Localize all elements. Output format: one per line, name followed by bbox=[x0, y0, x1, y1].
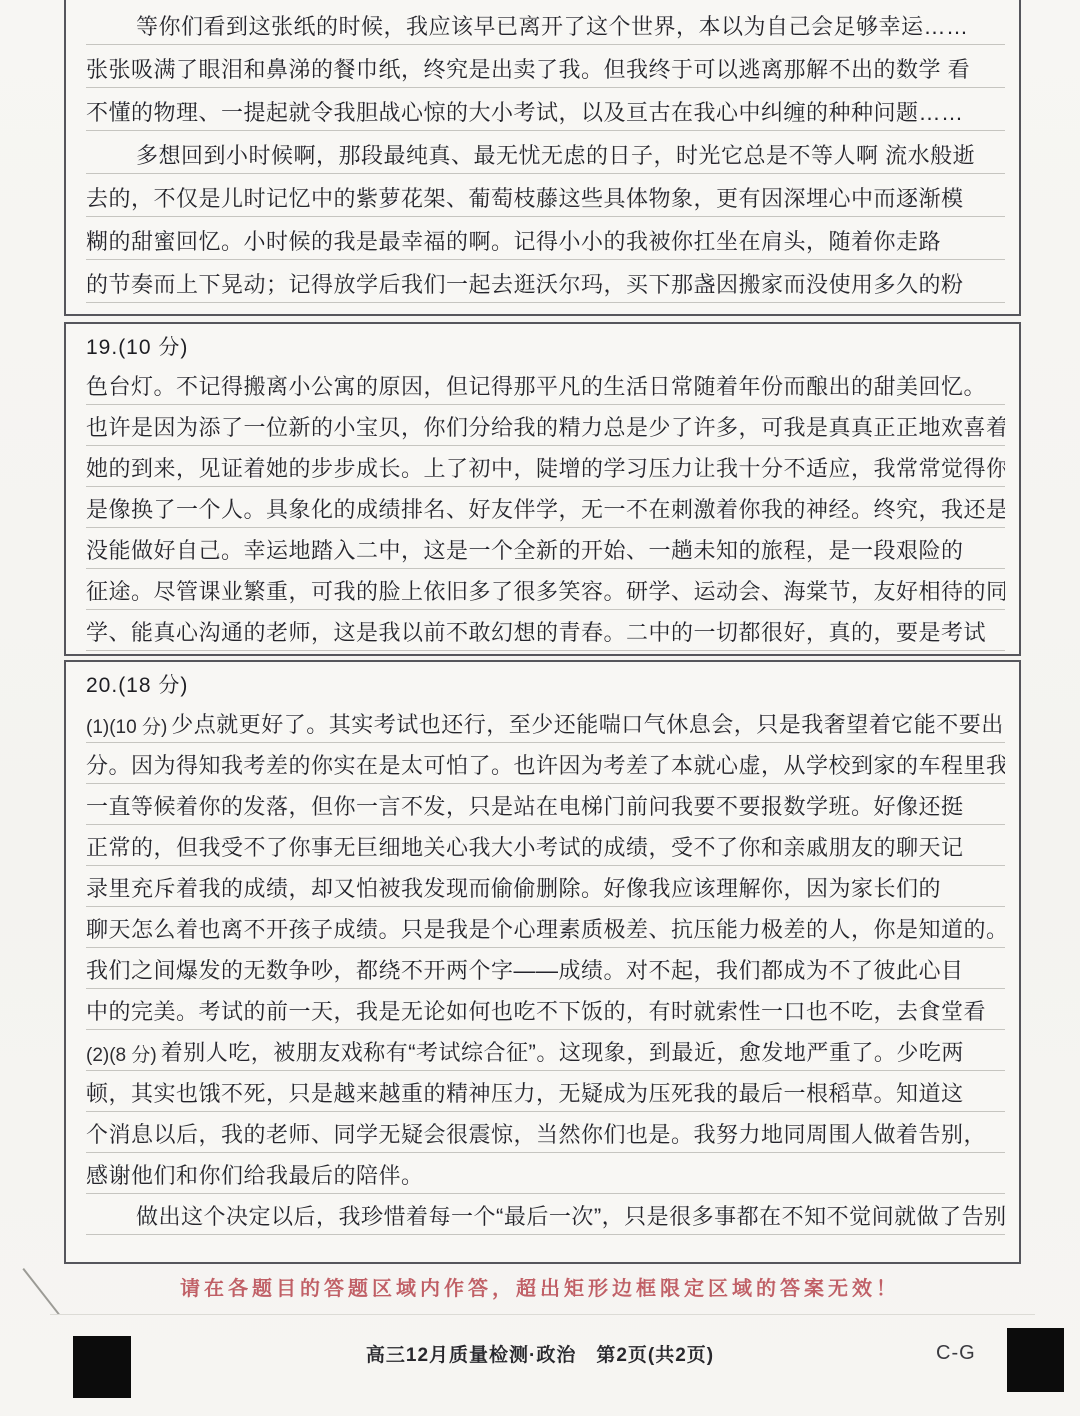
handwritten-line: 的节奏而上下晃动；记得放学后我们一起去逛沃尔玛，买下那盏因搬家而没使用多久的粉 bbox=[86, 260, 1005, 303]
handwriting-text: 是像换了一个人。具象化的成绩排名、好友伴学，无一不在刺激着你我的神经。终究，我还… bbox=[86, 493, 1005, 524]
handwriting-text: 的节奏而上下晃动；记得放学后我们一起去逛沃尔玛，买下那盏因搬家而没使用多久的粉 bbox=[86, 268, 964, 299]
handwriting-text: 学、能真心沟通的老师，这是我以前不敢幻想的青春。二中的一切都很好，真的，要是考试 bbox=[86, 616, 986, 647]
handwritten-line: 糊的甜蜜回忆。小时候的我是最幸福的啊。记得小小的我被你扛坐在肩头，随着你走路 bbox=[86, 217, 1005, 260]
handwriting-text: 少点就更好了。其实考试也还行，至少还能喘口气休息会，只是我奢望着它能不要出 bbox=[171, 708, 1004, 739]
handwritten-line: 中的完美。考试的前一天，我是无论如何也吃不下饭的，有时就索性一口也不吃，去食堂看 bbox=[86, 989, 1005, 1030]
handwritten-line: 录里充斥着我的成绩，却又怕被我发现而偷偷删除。好像我应该理解你，因为家长们的 bbox=[86, 866, 1005, 907]
handwritten-line: 分。因为得知我考差的你实在是太可怕了。也许因为考差了本就心虚，从学校到家的车程里… bbox=[86, 743, 1005, 784]
handwritten-line: 是像换了一个人。具象化的成绩排名、好友伴学，无一不在刺激着你我的神经。终究，我还… bbox=[86, 487, 1005, 528]
handwriting-text: 着别人吃，被朋友戏称有“考试综合征”。这现象，到最近，愈发地严重了。少吃两 bbox=[161, 1036, 964, 1067]
handwritten-line: 等你们看到这张纸的时候，我应该早已离开了这个世界，本以为自己会足够幸运…… bbox=[86, 2, 1005, 45]
handwriting-text: 正常的，但我受不了你事无巨细地关心我大小考试的成绩，受不了你和亲戚朋友的聊天记 bbox=[86, 831, 964, 862]
handwriting-text: 张张吸满了眼泪和鼻涕的餐巾纸，终究是出卖了我。但我终于可以逃离那解不出的数学 看 bbox=[86, 53, 970, 84]
page-footer: 高三12月质量检测·政治 第2页(共2页) bbox=[0, 1340, 1080, 1367]
handwritten-line: 没能做好自己。幸运地踏入二中，这是一个全新的开始、一趟未知的旅程，是一段艰险的 bbox=[86, 528, 1005, 569]
handwritten-line: 正常的，但我受不了你事无巨细地关心我大小考试的成绩，受不了你和亲戚朋友的聊天记 bbox=[86, 825, 1005, 866]
handwritten-line: 聊天怎么着也离不开孩子成绩。只是我是个心理素质极差、抗压能力极差的人，你是知道的… bbox=[86, 907, 1005, 948]
handwriting-text: 也许是因为添了一位新的小宝贝，你们分给我的精力总是少了许多，可我是真真正正地欢喜… bbox=[86, 411, 1005, 442]
handwritten-line: 一直等候着你的发落，但你一言不发，只是站在电梯门前问我要不要报数学班。好像还挺 bbox=[86, 784, 1005, 825]
handwritten-line: 学、能真心沟通的老师，这是我以前不敢幻想的青春。二中的一切都很好，真的，要是考试 bbox=[86, 610, 1005, 651]
footer-divider bbox=[50, 1314, 1035, 1315]
handwritten-line: 也许是因为添了一位新的小宝贝，你们分给我的精力总是少了许多，可我是真真正正地欢喜… bbox=[86, 405, 1005, 446]
handwritten-line: 去的，不仅是儿时记忆中的紫萝花架、葡萄枝藤这些具体物象，更有因深埋心中而逐渐模 bbox=[86, 174, 1005, 217]
scanned-answer-sheet: 等你们看到这张纸的时候，我应该早已离开了这个世界，本以为自己会足够幸运……张张吸… bbox=[0, 0, 1080, 1416]
answer-box-question-19: 19.(10 分) 色台灯。不记得搬离小公寓的原因，但记得那平凡的生活日常随着年… bbox=[64, 322, 1021, 656]
handwriting-text: 感谢他们和你们给我最后的陪伴。 bbox=[86, 1159, 424, 1190]
handwritten-line: 她的到来，见证着她的步步成长。上了初中，陡增的学习压力让我十分不适应，我常常觉得… bbox=[86, 446, 1005, 487]
answer-area-warning: 请在各题目的答题区域内作答，超出矩形边框限定区域的答案无效！ bbox=[0, 1272, 1080, 1301]
handwriting-text: 她的到来，见证着她的步步成长。上了初中，陡增的学习压力让我十分不适应，我常常觉得… bbox=[86, 452, 1005, 483]
handwriting-text: 没能做好自己。幸运地踏入二中，这是一个全新的开始、一趟未知的旅程，是一段艰险的 bbox=[86, 534, 964, 565]
handwritten-line: (2)(8 分)着别人吃，被朋友戏称有“考试综合征”。这现象，到最近，愈发地严重… bbox=[86, 1030, 1005, 1071]
handwriting-text: 色台灯。不记得搬离小公寓的原因，但记得那平凡的生活日常随着年份而酿出的甜美回忆。 bbox=[86, 370, 986, 401]
handwriting-text: 个消息以后，我的老师、同学无疑会很震惊，当然你们也是。我努力地同周围人做着告别， bbox=[86, 1118, 986, 1149]
handwriting-text: 多想回到小时候啊，那段最纯真、最无忧无虑的日子，时光它总是不等人啊 流水般逝 bbox=[86, 139, 975, 170]
handwriting-text: 聊天怎么着也离不开孩子成绩。只是我是个心理素质极差、抗压能力极差的人，你是知道的… bbox=[86, 913, 1005, 944]
handwriting-text: 分。因为得知我考差的你实在是太可怕了。也许因为考差了本就心虚，从学校到家的车程里… bbox=[86, 749, 1005, 780]
handwriting-text: 我们之间爆发的无数争吵，都绕不开两个字——成绩。对不起，我们都成为不了彼此心目 bbox=[86, 954, 964, 985]
answer-box-essay-continued: 等你们看到这张纸的时候，我应该早已离开了这个世界，本以为自己会足够幸运……张张吸… bbox=[64, 0, 1021, 316]
handwriting-text: 去的，不仅是儿时记忆中的紫萝花架、葡萄枝藤这些具体物象，更有因深埋心中而逐渐模 bbox=[86, 182, 964, 213]
handwritten-line: 顿，其实也饿不死，只是越来越重的精神压力，无疑成为压死我的最后一根稻草。知道这 bbox=[86, 1071, 1005, 1112]
handwriting-text: 一直等候着你的发落，但你一言不发，只是站在电梯门前问我要不要报数学班。好像还挺 bbox=[86, 790, 964, 821]
question-part-label: (1)(10 分) bbox=[86, 712, 167, 739]
handwriting-text: 征途。尽管课业繁重，可我的脸上依旧多了很多笑容。研学、运动会、海棠节，友好相待的… bbox=[86, 575, 1005, 606]
handwriting-text: 顿，其实也饿不死，只是越来越重的精神压力，无疑成为压死我的最后一根稻草。知道这 bbox=[86, 1077, 964, 1108]
handwriting-text: 等你们看到这张纸的时候，我应该早已离开了这个世界，本以为自己会足够幸运…… bbox=[86, 10, 969, 41]
handwritten-line: 不懂的物理、一提起就令我胆战心惊的大小考试，以及亘古在我心中纠缠的种种问题…… bbox=[86, 88, 1005, 131]
question-20-label: 20.(18 分) bbox=[86, 666, 1005, 702]
handwritten-line: 我们之间爆发的无数争吵，都绕不开两个字——成绩。对不起，我们都成为不了彼此心目 bbox=[86, 948, 1005, 989]
handwritten-line: 多想回到小时候啊，那段最纯真、最无忧无虑的日子，时光它总是不等人啊 流水般逝 bbox=[86, 131, 1005, 174]
paper-code: C-G bbox=[936, 1342, 976, 1365]
handwritten-line: (1)(10 分)少点就更好了。其实考试也还行，至少还能喘口气休息会，只是我奢望… bbox=[86, 702, 1005, 743]
question-19-label: 19.(10 分) bbox=[86, 328, 1005, 364]
handwritten-line: 张张吸满了眼泪和鼻涕的餐巾纸，终究是出卖了我。但我终于可以逃离那解不出的数学 看 bbox=[86, 45, 1005, 88]
handwriting-text: 录里充斥着我的成绩，却又怕被我发现而偷偷删除。好像我应该理解你，因为家长们的 bbox=[86, 872, 941, 903]
handwritten-line: 感谢他们和你们给我最后的陪伴。 bbox=[86, 1153, 1005, 1194]
handwritten-line: 色台灯。不记得搬离小公寓的原因，但记得那平凡的生活日常随着年份而酿出的甜美回忆。 bbox=[86, 364, 1005, 405]
handwriting-text: 不懂的物理、一提起就令我胆战心惊的大小考试，以及亘古在我心中纠缠的种种问题…… bbox=[86, 96, 964, 127]
answer-box-question-20: 20.(18 分) (1)(10 分)少点就更好了。其实考试也还行，至少还能喘口… bbox=[64, 660, 1021, 1264]
handwriting-text: 做出这个决定以后，我珍惜着每一个“最后一次”，只是很多事都在不知不觉间就做了告别… bbox=[86, 1200, 1005, 1231]
handwriting-text: 中的完美。考试的前一天，我是无论如何也吃不下饭的，有时就索性一口也不吃，去食堂看 bbox=[86, 995, 986, 1026]
question-part-label: (2)(8 分) bbox=[86, 1040, 157, 1067]
handwritten-line: 征途。尽管课业繁重，可我的脸上依旧多了很多笑容。研学、运动会、海棠节，友好相待的… bbox=[86, 569, 1005, 610]
handwriting-text: 糊的甜蜜回忆。小时候的我是最幸福的啊。记得小小的我被你扛坐在肩头，随着你走路 bbox=[86, 225, 941, 256]
handwritten-line: 个消息以后，我的老师、同学无疑会很震惊，当然你们也是。我努力地同周围人做着告别， bbox=[86, 1112, 1005, 1153]
handwritten-line: 做出这个决定以后，我珍惜着每一个“最后一次”，只是很多事都在不知不觉间就做了告别… bbox=[86, 1194, 1005, 1235]
